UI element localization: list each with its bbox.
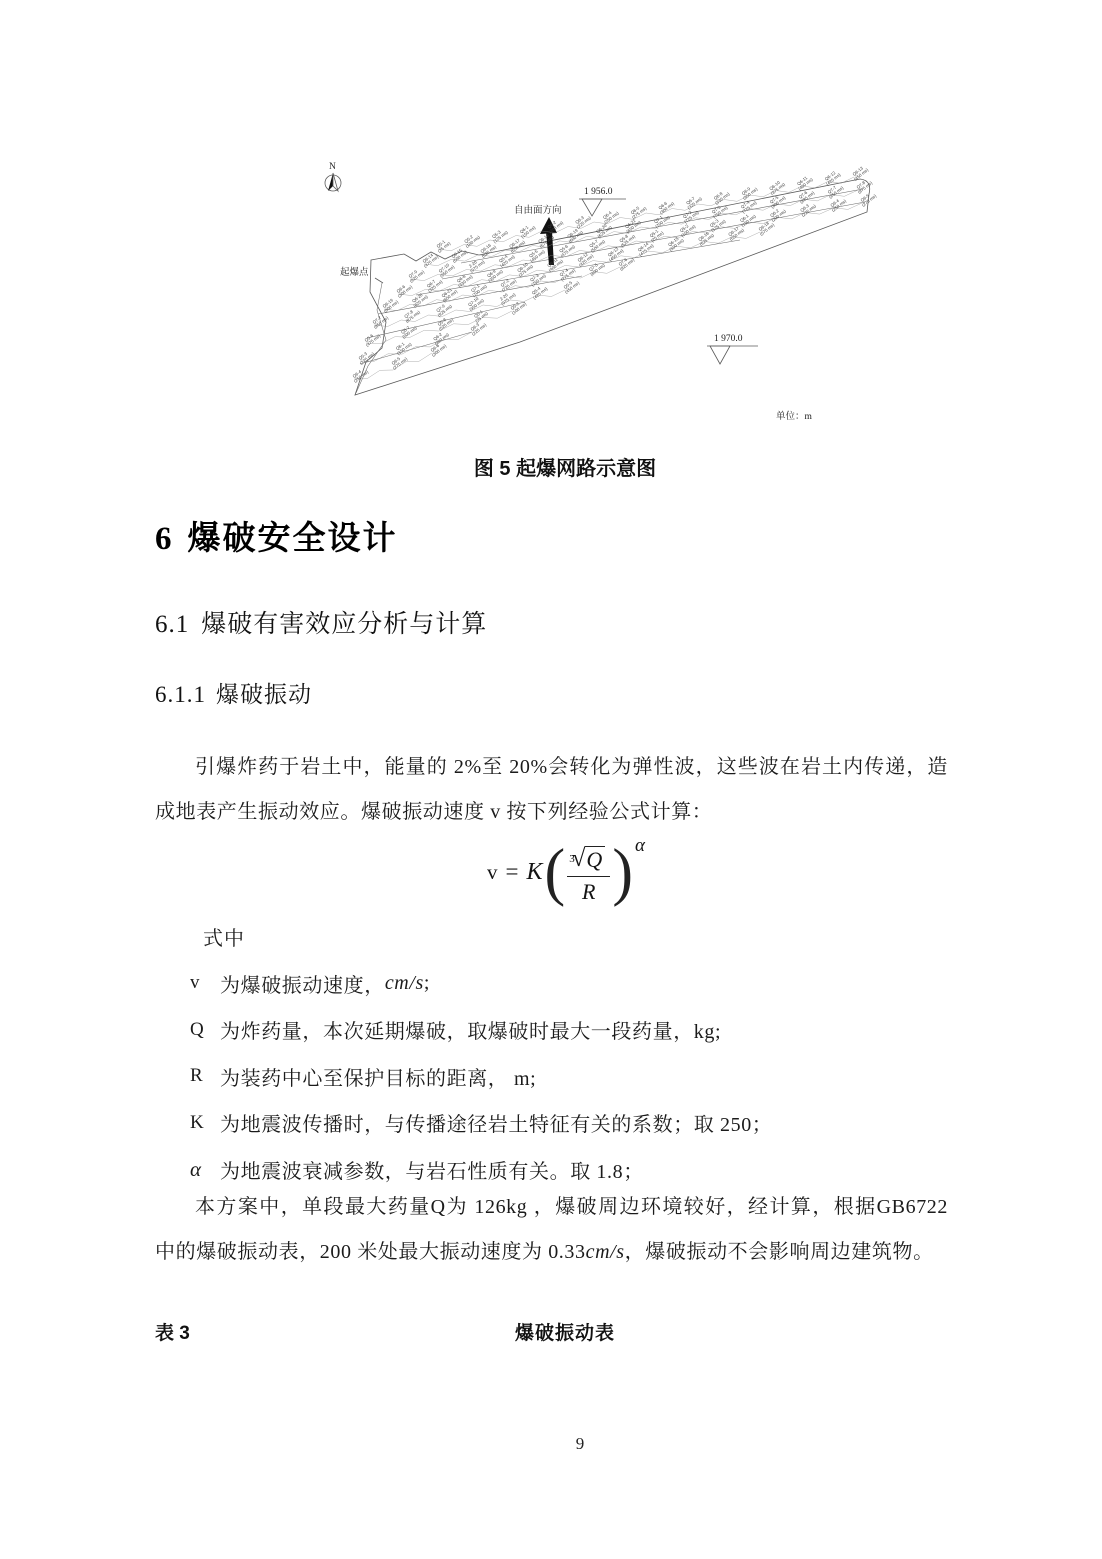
subsubsection-number: 6.1.1: [155, 682, 206, 707]
borehole-label: Q7-3(750 ms): [527, 269, 547, 287]
borehole-label: Q5-1(25 ms): [647, 226, 665, 243]
formula-coefficient: K: [527, 859, 543, 886]
radicand: Q: [585, 846, 605, 873]
definition-text: 为地震波传播时，与传播途径岩土特征有关的系数；取 250；: [220, 1108, 772, 1137]
where-label: 式中: [203, 922, 245, 951]
document-page: N 起爆点 自由面方向 1 956.0 1 970.0 单位：m Q5-: [0, 0, 1102, 1559]
definition-text: 为地震波衰减参数，与岩石性质有关。取 1.8；: [220, 1155, 644, 1184]
initiation-point-label: 起爆点: [340, 266, 369, 278]
svg-text:1 970.0: 1 970.0: [714, 334, 743, 344]
borehole-label: Q6-12(425 ms): [822, 168, 842, 186]
formula-equals: =: [506, 859, 519, 885]
row-line: [416, 240, 740, 295]
definition-tail: ;: [424, 972, 430, 995]
borehole-label: Q6-1(150 ms): [737, 210, 757, 228]
borehole-label: Q5-7(500 ms): [398, 321, 418, 339]
borehole-label: Q5-2(100 ms): [462, 230, 482, 248]
definition-r: R 为装药中心至保护目标的距离， m;: [190, 1053, 950, 1100]
borehole-label: Q6-6(300 ms): [656, 197, 676, 215]
elevation-marker-upper: 1 956.0: [579, 187, 626, 216]
subsection-number: 6.1: [155, 611, 189, 638]
vibration-formula: v = K ( 3√Q R ) α: [155, 836, 975, 908]
initiation-connector: [375, 278, 383, 283]
definition-text: 为爆破振动速度，: [220, 969, 385, 998]
borehole-label: Q6-9(350 ms): [739, 182, 759, 200]
svg-text:1 956.0: 1 956.0: [584, 187, 613, 197]
borehole-label: Q7-4(775 ms): [738, 196, 758, 214]
symbol: K: [190, 1112, 220, 1134]
table-title: 爆破振动表: [155, 1318, 975, 1345]
borehole-label: Q6-7(325 ms): [684, 192, 704, 210]
paragraph-segment: ，爆破振动不会影响周边建筑物。: [625, 1241, 934, 1263]
formula-numerator: 3√Q: [567, 843, 610, 877]
unit-italic: cm/s: [586, 1241, 625, 1263]
definition-text: 为装药中心至保护目标的距离， m;: [220, 1062, 536, 1091]
borehole-label: Q6-5(275 ms): [628, 202, 648, 220]
north-compass-icon: N: [325, 162, 341, 191]
symbol-definitions: v 为爆破振动速度，cm/s; Q 为炸药量，本次延期爆破，取爆破时最大一段药量…: [190, 960, 950, 1193]
symbol: α: [190, 1157, 220, 1182]
borehole-label: Q6-19(600 ms): [565, 226, 585, 244]
symbol: v: [190, 972, 220, 994]
borehole-label: Q5-6(475 ms): [557, 240, 577, 258]
formula-lhs: v: [487, 860, 498, 885]
borehole-label: Q5-6(475 ms): [362, 329, 382, 347]
borehole-label: Q6-10(375 ms): [767, 178, 787, 196]
elevation-marker-lower: 1 970.0: [707, 334, 758, 364]
table-caption-row: 表 3 爆破振动表: [155, 1318, 975, 1346]
subsection-title: 爆破有害效应分析与计算: [201, 610, 487, 638]
symbol: R: [190, 1065, 220, 1087]
definition-text: 为炸药量，本次延期爆破，取爆破时最大一段药量，kg;: [220, 1015, 721, 1044]
body-paragraph: 引爆炸药于岩土中，能量的 2%至 20%会转化为弹性波，这些波在岩土内传递，造成…: [155, 745, 948, 835]
borehole-label: Q7-9(925 ms): [406, 265, 426, 283]
symbol: Q: [190, 1019, 220, 1041]
blast-network-diagram: N 起爆点 自由面方向 1 956.0 1 970.0 单位：m Q5-: [320, 152, 880, 442]
borehole-label: Q7-7(850 ms): [370, 311, 390, 329]
subsection-heading: 6.1爆破有害效应分析与计算: [155, 604, 487, 640]
borehole-label: Q6-14(475 ms): [420, 250, 440, 268]
borehole-label: Q6-20(625 ms): [409, 290, 429, 308]
borehole-label: Q5-7(500 ms): [587, 235, 607, 253]
borehole-label: Q6-1(150 ms): [517, 221, 537, 239]
definition-v: v 为爆破振动速度，cm/s;: [190, 960, 950, 1007]
root-index: 3: [569, 853, 575, 865]
definition-k: K 为地震波传播时，与传播途径岩土特征有关的系数；取 250；: [190, 1100, 950, 1147]
svg-text:N: N: [329, 162, 336, 172]
formula-fraction: 3√Q R: [567, 843, 610, 905]
subsubsection-title: 爆破振动: [216, 681, 312, 707]
section-title: 爆破安全设计: [188, 519, 398, 556]
borehole-label: Q7-5(800 ms): [586, 259, 606, 277]
subsubsection-heading: 6.1.1爆破振动: [155, 676, 312, 709]
borehole-label: Q7-10(950 ms): [465, 294, 485, 312]
section-number: 6: [155, 521, 174, 557]
borehole-label: Q6-3(225 ms): [573, 211, 593, 229]
borehole-label: Q5-1(25 ms): [434, 237, 452, 254]
free-face-label: 自由面方向: [514, 204, 562, 216]
formula-exponent: α: [635, 835, 645, 857]
borehole-label: Q6-8(330 ms): [711, 187, 731, 205]
section-heading: 6爆破安全设计: [155, 512, 398, 559]
figure-caption: 图 5 起爆网路示意图: [155, 452, 975, 481]
definition-q: Q 为炸药量，本次延期爆破，取爆破时最大一段药量，kg;: [190, 1007, 950, 1054]
unit-label: 单位：m: [776, 410, 813, 422]
formula-denominator: R: [582, 877, 595, 905]
page-number: 9: [155, 1434, 1005, 1454]
borehole-label: Q6-15(500 ms): [449, 245, 469, 263]
borehole-label: Q6-21(650 ms): [439, 285, 459, 303]
borehole-label: Q6-1(150 ms): [393, 338, 413, 356]
borehole-label: Q6-19(600 ms): [380, 295, 400, 313]
unit-italic: cm/s: [385, 972, 424, 995]
body-paragraph: 本方案中，单段最大药量Q为 126kg ，爆破周边环境较好，经计算，根据GB67…: [155, 1185, 948, 1275]
